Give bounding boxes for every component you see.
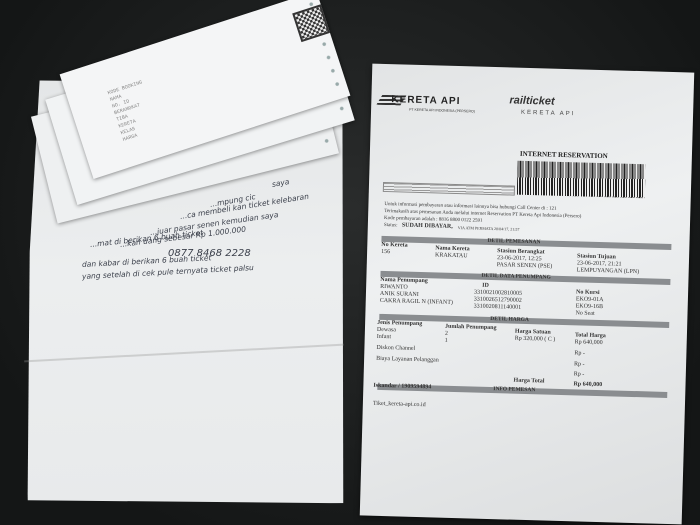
status-value: SUDAH DIBAYAR,	[402, 222, 453, 229]
section-title: INFO PEMESAN	[493, 386, 535, 393]
train-name: KRAKATAU	[435, 252, 468, 259]
kai-brand: KERETA API	[391, 94, 460, 107]
barcode-icon	[517, 161, 646, 199]
grand-total-label: Harga Total	[513, 378, 544, 385]
passenger-seat: EKO9-16B	[576, 303, 604, 310]
ticket-heading: INTERNET RESERVATION	[520, 150, 608, 160]
section-title: DETIL HARGA	[490, 316, 529, 323]
col-header: Nama Kereta	[435, 245, 470, 252]
price-unit: Rp 320,000 ( C )	[515, 336, 556, 343]
col-header: Jumlah Penumpang	[445, 324, 497, 331]
col-header: No Kereta	[381, 242, 408, 249]
col-header: Harga Satuan	[515, 329, 551, 336]
price-total: Rp 640,000	[575, 339, 603, 346]
train-no: 156	[381, 249, 390, 255]
passenger-name: ANIK SURANI	[380, 291, 419, 298]
arrival-time: 23-06-2017, 21:21	[577, 260, 622, 267]
internet-reservation-ticket: KERETA API PT KERETA API INDONESIA (PERS…	[360, 64, 694, 525]
arrival-station: LEMPUYANGAN (LPN)	[577, 267, 640, 275]
price-total: Rp -	[574, 361, 585, 367]
price-qty: 1	[445, 338, 448, 344]
railticket-logo: railticket	[509, 94, 555, 107]
col-header: Total Harga	[575, 332, 606, 339]
passenger-id: 3310020811140001	[474, 304, 522, 311]
price-total: Rp -	[574, 371, 585, 377]
price-qty: 2	[445, 331, 448, 337]
decorative-stripes	[383, 182, 515, 196]
departure-station: PASAR SENEN (PSE)	[497, 262, 553, 270]
price-type: Dewasa	[377, 327, 396, 334]
col-header: Stasiun Tujuan	[577, 253, 616, 260]
departure-time: 23-06-2017, 12:25	[497, 255, 542, 262]
status-detail: VIA ATM PERMATA 20/04/17, 21:57	[458, 225, 520, 232]
col-header: ID	[482, 283, 489, 289]
receipt-text: KODE BOOKING NAMA NO. ID BERANGKAT TIBA …	[107, 79, 159, 143]
railticket-sub: KERETA API	[521, 110, 575, 118]
footer-text: Tiket_kereta-api.co.id	[373, 401, 426, 408]
status-label: Status:	[384, 223, 398, 228]
price-type: Infant	[377, 334, 391, 340]
col-header: No Kursi	[576, 289, 600, 296]
passenger-seat: No Seat	[575, 310, 594, 317]
col-header: Jenis Penumpang	[377, 320, 422, 327]
passenger-seat: EKO9-01A	[576, 296, 604, 303]
grand-total: Rp 640,000	[573, 381, 602, 388]
passenger-name: RIWANTO	[380, 284, 408, 291]
kai-brand-sub: PT KERETA API INDONESIA (PERSERO)	[409, 108, 475, 114]
price-type: Diskon Channel	[376, 345, 415, 352]
price-total: Rp -	[574, 350, 585, 356]
price-type: Biaya Layanan Pelanggan	[376, 356, 439, 364]
passenger-name: CAKRA RAGIL N (INFANT)	[380, 298, 453, 306]
